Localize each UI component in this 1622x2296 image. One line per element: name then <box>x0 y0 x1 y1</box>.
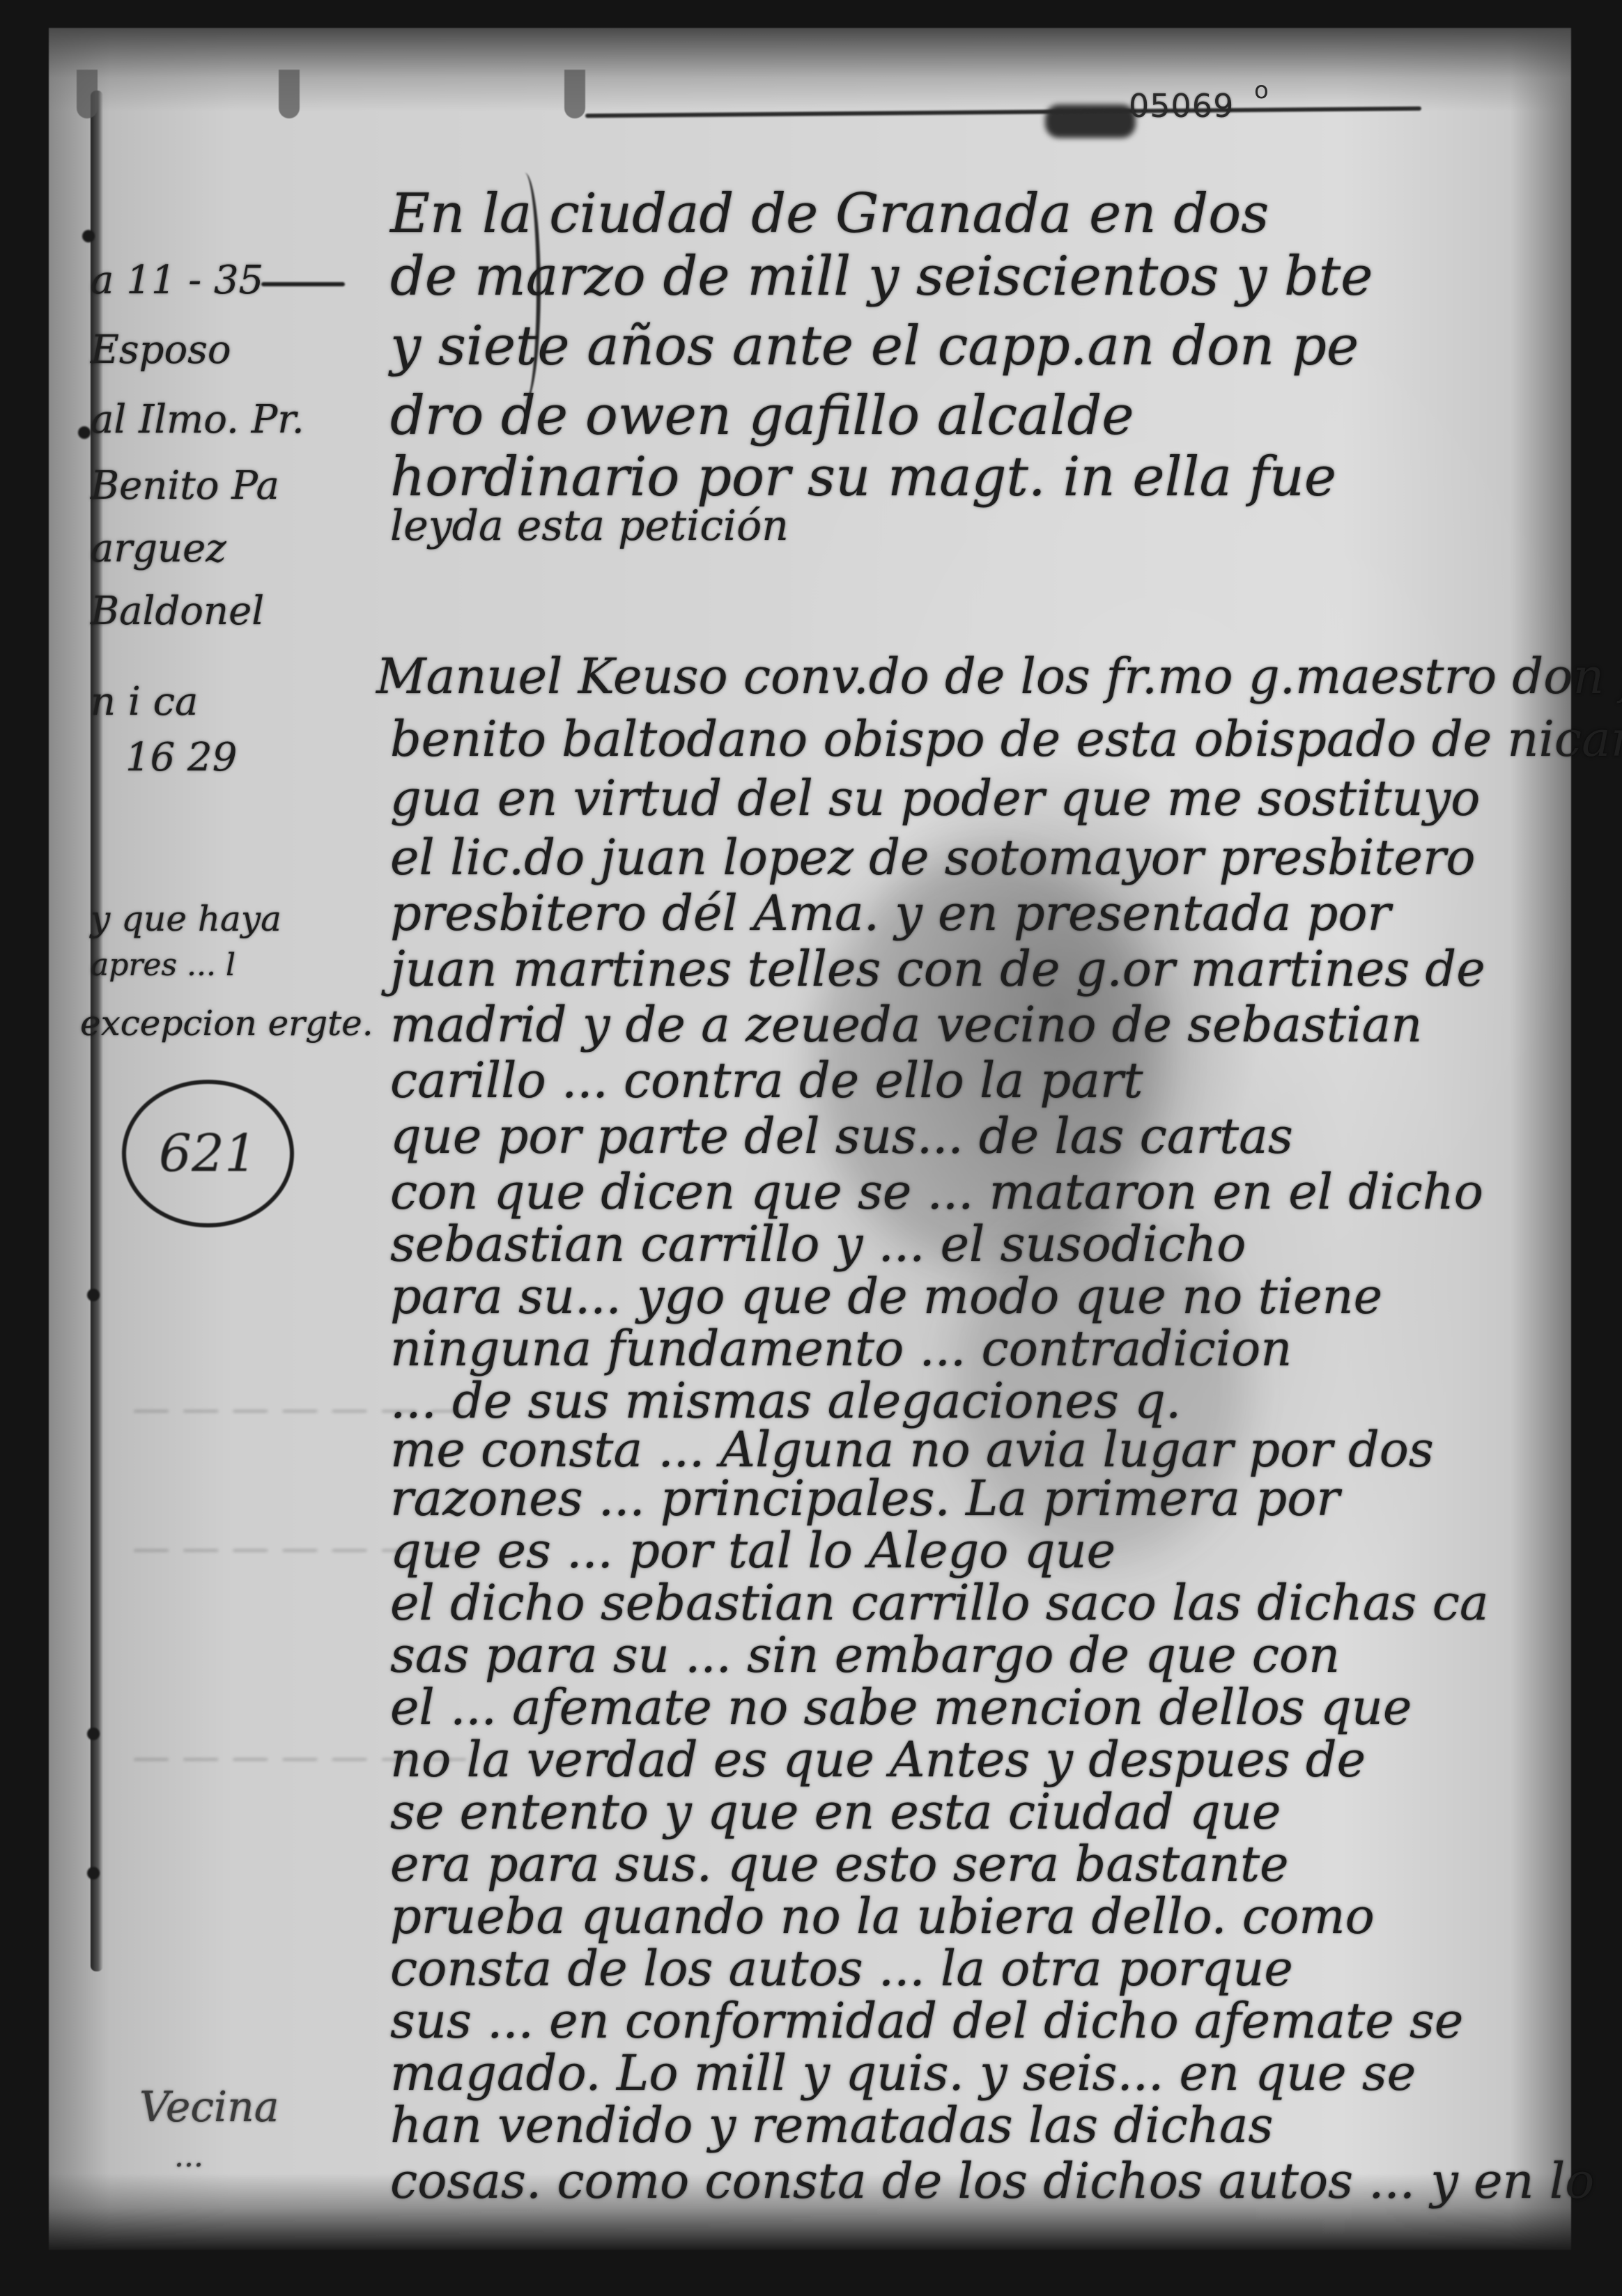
body-line: han vendido y rematadas las dichas <box>390 2097 1273 2154</box>
folio-superscript: o <box>1254 77 1269 104</box>
margin-dot <box>82 230 95 242</box>
body-line: el lic.do juan lopez de sotomayor presbi… <box>390 829 1476 886</box>
circled-page-number: 621 <box>122 1080 294 1227</box>
margin-note: 16 29 <box>125 735 237 780</box>
body-line: para su... ygo que de modo que no tiene <box>390 1268 1382 1325</box>
heading-line: de marzo de mill y seiscientos y bte <box>390 245 1373 308</box>
heading-line: En la ciudad de Granada en dos <box>390 183 1269 245</box>
body-line: Manuel Keuso conv.do de los fr.mo g.maes… <box>376 648 1622 705</box>
body-line: madrid y de a zeueda vecino de sebastian <box>390 996 1422 1053</box>
margin-note: Baldonel <box>91 589 264 634</box>
margin-note: arguez <box>91 526 226 571</box>
margin-dot <box>87 1289 100 1301</box>
heading-line: dro de owen gafillo alcalde <box>390 385 1134 447</box>
body-line: consta de los autos ... la otra porque <box>390 1940 1293 1997</box>
body-line: que por parte del sus... de las cartas <box>390 1108 1293 1165</box>
margin-dot <box>87 1867 100 1879</box>
body-line: que es ... por tal lo Alego que <box>390 1522 1115 1579</box>
body-line: con que dicen que se ... mataron en el d… <box>390 1163 1483 1220</box>
body-line: presbitero dél Ama. y en presentada por <box>390 885 1391 942</box>
body-line: sas para su ... sin embargo de que con <box>390 1627 1340 1684</box>
margin-dot <box>87 1728 100 1740</box>
body-line: gua en virtud del su poder que me sostit… <box>390 770 1480 827</box>
margin-note: y que haya <box>91 899 281 939</box>
body-line: se entento y que en esta ciudad que <box>390 1783 1281 1840</box>
body-line: juan martines telles con de g.or martine… <box>390 940 1485 998</box>
body-line: el dicho sebastian carrillo saco las dic… <box>390 1574 1489 1631</box>
body-line: ninguna fundamento ... contradicion <box>390 1320 1292 1377</box>
margin-note: al Ilmo. Pr. <box>91 397 304 442</box>
margin-signature: Vecina <box>139 2083 279 2132</box>
margin-note: n i ca <box>91 679 198 724</box>
margin-note: Esposo <box>91 327 231 373</box>
heading-line: y siete años ante el capp.an don pe <box>390 315 1359 378</box>
margin-underline <box>261 282 345 286</box>
body-line: carillo ... contra de ello la part <box>390 1052 1143 1109</box>
body-line: prueba quando no la ubiera dello. como <box>390 1888 1375 1945</box>
body-line: el ... afemate no sabe mencion dellos qu… <box>390 1679 1412 1736</box>
page-notch <box>279 70 300 118</box>
margin-note: apres ... l <box>91 947 235 983</box>
page-notch <box>77 70 98 118</box>
body-line: sebastian carrillo y ... el susodicho <box>390 1216 1246 1273</box>
heading-line: hordinario por su magt. in ella fue <box>390 446 1336 509</box>
margin-note: a 11 - 35 <box>91 258 263 303</box>
body-line: razones ... principales. La primera por <box>390 1470 1340 1527</box>
margin-note: Benito Pa <box>91 463 279 509</box>
margin-note: excepcion ergte. <box>80 1003 373 1044</box>
body-line: sus ... en conformidad del dicho afemate… <box>390 1992 1463 2049</box>
folio-number: 05069 <box>1129 87 1234 125</box>
heading-line: leyda esta petición <box>390 502 789 550</box>
margin-dot <box>78 426 91 439</box>
body-line: benito baltodano obispo de esta obispado… <box>390 711 1622 768</box>
body-line: magado. Lo mill y quis. y seis... en que… <box>390 2045 1416 2102</box>
body-line: cosas. como consta de los dichos autos .… <box>390 2152 1594 2210</box>
page-notch <box>564 70 585 118</box>
body-line: era para sus. que esto sera bastante <box>390 1836 1289 1893</box>
body-line: no la verdad es que Antes y despues de <box>390 1731 1366 1788</box>
margin-signature: ... <box>174 2139 203 2174</box>
